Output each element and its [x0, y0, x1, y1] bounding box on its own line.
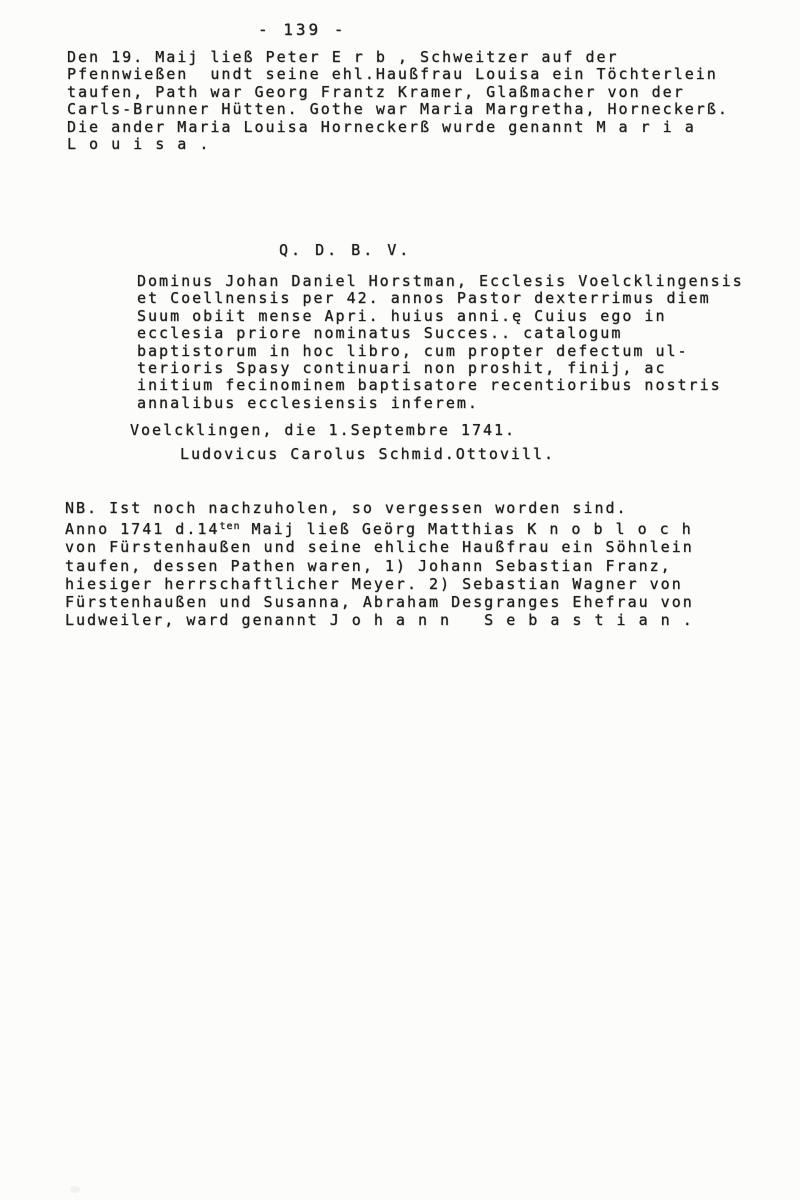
baptism-entry-knobloch: NB. Ist noch nachzuholen, so vergessen w…: [65, 499, 694, 629]
document-line: Pfennwießen undt seine ehl.Haußfrau Loui…: [67, 66, 729, 83]
baptism-entry-erb: Den 19. Maij ließ Peter E r b , Schweitz…: [67, 49, 729, 153]
document-line: von Fürstenhaußen und seine ehliche Hauß…: [65, 538, 694, 556]
page-number: - 139 -: [258, 21, 346, 38]
document-line: annalibus ecclesiensis inferem.: [137, 395, 744, 412]
document-line: initium fecinominem baptisatore recentio…: [137, 377, 744, 394]
document-line: Fürstenhaußen und Susanna, Abraham Desgr…: [65, 593, 694, 611]
ordinal-superscript: ten: [219, 521, 240, 532]
document-line: baptistorum in hoc libro, cum propter de…: [137, 343, 744, 360]
document-line: hiesiger herrschaftlicher Meyer. 2) Seba…: [65, 575, 694, 593]
pastor-obituary-note: Dominus Johan Daniel Horstman, Ecclesis …: [137, 273, 744, 412]
scanned-register-page: - 139 - Den 19. Maij ließ Peter E r b , …: [0, 0, 800, 1200]
entry-name-text: Maij ließ Geörg Matthias K n o b l o c h: [241, 520, 693, 538]
document-line: taufen, Path war Georg Frantz Kramer, Gl…: [67, 84, 729, 101]
document-line: terioris Spasy continuari non proshit, f…: [137, 360, 744, 377]
section-heading-qdbv: Q. D. B. V.: [279, 242, 411, 259]
document-line: taufen, dessen Pathen waren, 1) Johann S…: [65, 557, 694, 575]
document-line: L o u i s a .: [67, 136, 729, 153]
document-line: Suum obiit mense Apri. huius anni.ę Cuiu…: [137, 308, 744, 325]
document-line: Anno 1741 d.14ten Maij ließ Geörg Matthi…: [65, 517, 694, 538]
dateline: Voelcklingen, die 1.Septembre 1741.: [130, 422, 516, 439]
signature-line: Ludovicus Carolus Schmid.Ottovill.: [180, 446, 555, 463]
document-line: Ludweiler, ward genannt J o h a n n S e …: [65, 611, 694, 629]
document-line: Die ander Maria Louisa Horneckerß wurde …: [67, 119, 729, 136]
document-line: Den 19. Maij ließ Peter E r b , Schweitz…: [67, 49, 729, 66]
nb-heading: NB. Ist noch nachzuholen, so vergessen w…: [65, 499, 694, 517]
document-line: Dominus Johan Daniel Horstman, Ecclesis …: [137, 273, 744, 290]
entry-date-text: Anno 1741 d.14: [65, 520, 219, 538]
document-line: ecclesia priore nominatus Succes.. catal…: [137, 325, 744, 342]
scan-smudge: [70, 1186, 80, 1193]
document-line: et Coellnensis per 42. annos Pastor dext…: [137, 290, 744, 307]
document-line: Carls-Brunner Hütten. Gothe war Maria Ma…: [67, 101, 729, 118]
